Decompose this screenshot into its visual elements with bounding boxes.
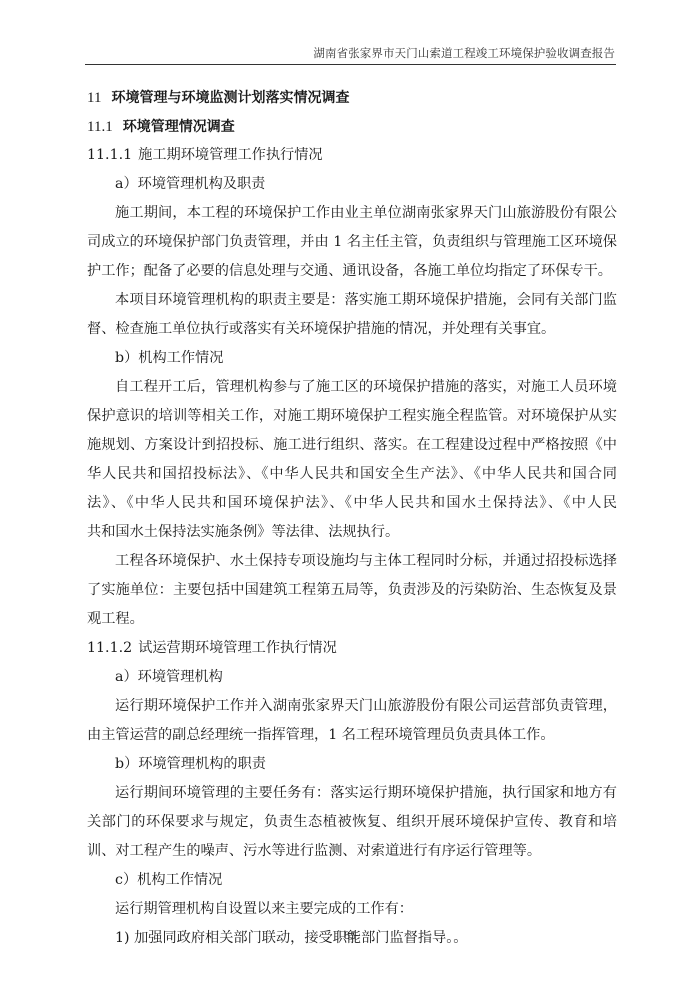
paragraph-line: 施工期间，本工程的环境保护工作由业主单位湖南张家界天门山旅游股份有限公 <box>115 204 617 222</box>
heading-number: 11.1 <box>87 119 113 135</box>
running-header: 湖南省张家界市天门山索道工程竣工环境保护验收调查报告 <box>85 45 615 65</box>
paragraph-line: 自工程开工后，管理机构参与了施工区的环境保护措施的落实，对施工人员环境 <box>115 378 617 396</box>
paragraph-line: 运行期间环境管理的主要任务有：落实运行期环境保护措施，执行国家和地方有 <box>115 784 617 802</box>
heading-number: 11 <box>87 90 101 106</box>
paragraph-line: 保护意识的培训等相关工作，对施工期环境保护工程实施全程监管。对环境保护从实 <box>87 407 617 425</box>
heading-number: 11.1.2 <box>87 640 132 656</box>
subheading-c: c）机构工作情况 <box>115 871 222 889</box>
header-rule <box>85 64 616 65</box>
paragraph-line: 华人民共和国招投标法》、《中华人民共和国安全生产法》、《中华人民共和国合同 <box>87 465 617 483</box>
heading-level-3: 11.1.1施工期环境管理工作执行情况 <box>87 146 323 164</box>
heading-title: 环境管理与环境监测计划落实情况调查 <box>111 90 349 106</box>
paragraph-line: 本项目环境管理机构的职责主要是：落实施工期环境保护措施，会同有关部门监 <box>115 291 617 309</box>
paragraph-line: 由主管运营的副总经理统一指挥管理，1 名工程环境管理员负责具体工作。 <box>87 726 555 744</box>
paragraph-line: 训、对工程产生的噪声、污水等进行监测、对索道进行有序运行管理等。 <box>87 842 541 860</box>
paragraph-line: 运行期管理机构自设置以来主要完成的工作有： <box>115 900 413 918</box>
paragraph-line: 法》、《中华人民共和国环境保护法》、《中华人民共和国水土保持法》、《中人民 <box>87 494 617 512</box>
paragraph-line: 了实施单位：主要包括中国建筑工程第五局等，负责涉及的污染防治、生态恢复及景 <box>87 581 617 599</box>
subheading-a: a）环境管理机构及职责 <box>115 175 265 193</box>
paragraph-line: 运行期环境保护工作并入湖南张家界天门山旅游股份有限公司运营部负责管理， <box>115 697 617 715</box>
paragraph-line: 关部门的环保要求与规定，负责生态植被恢复、组织开展环境保护宣传、教育和培 <box>87 813 617 831</box>
paragraph-line: 工程各环境保护、水土保持专项设施均与主体工程同时分标，并通过招投标选择 <box>115 552 617 570</box>
heading-title: 施工期环境管理工作执行情况 <box>138 147 322 163</box>
heading-title: 试运营期环境管理工作执行情况 <box>138 640 337 656</box>
heading-level-1: 11环境管理与环境监测计划落实情况调查 <box>87 89 349 107</box>
paragraph-line: 施规划、方案设计到招投标、施工进行组织、落实。在工程建设过程中严格按照《中 <box>87 436 617 454</box>
heading-level-3: 11.1.2试运营期环境管理工作执行情况 <box>87 639 337 657</box>
paragraph-line: 司成立的环境保护部门负责管理，并由 1 名主任主管，负责组织与管理施工区环境保 <box>87 233 617 251</box>
paragraph-line: 督、检查施工单位执行或落实有关环境保护措施的情况，并处理有关事宜。 <box>87 320 555 338</box>
heading-number: 11.1.1 <box>87 147 132 163</box>
document-page: 湖南省张家界市天门山索道工程竣工环境保护验收调查报告 11环境管理与环境监测计划… <box>0 0 700 990</box>
paragraph-line: 护工作；配备了必要的信息处理与交通、通讯设备，各施工单位均指定了环保专干。 <box>87 262 612 280</box>
heading-level-2: 11.1环境管理情况调查 <box>87 118 235 136</box>
subheading-b: b）环境管理机构的职责 <box>115 755 266 773</box>
paragraph-line: 观工程。 <box>87 610 144 628</box>
heading-title: 环境管理情况调查 <box>123 119 235 135</box>
subheading-b: b）机构工作情况 <box>115 349 223 367</box>
subheading-a: a）环境管理机构 <box>115 668 223 686</box>
paragraph-line: 共和国水土保持法实施条例》等法律、法规执行。 <box>87 523 399 541</box>
page-number: 85 <box>0 928 700 943</box>
